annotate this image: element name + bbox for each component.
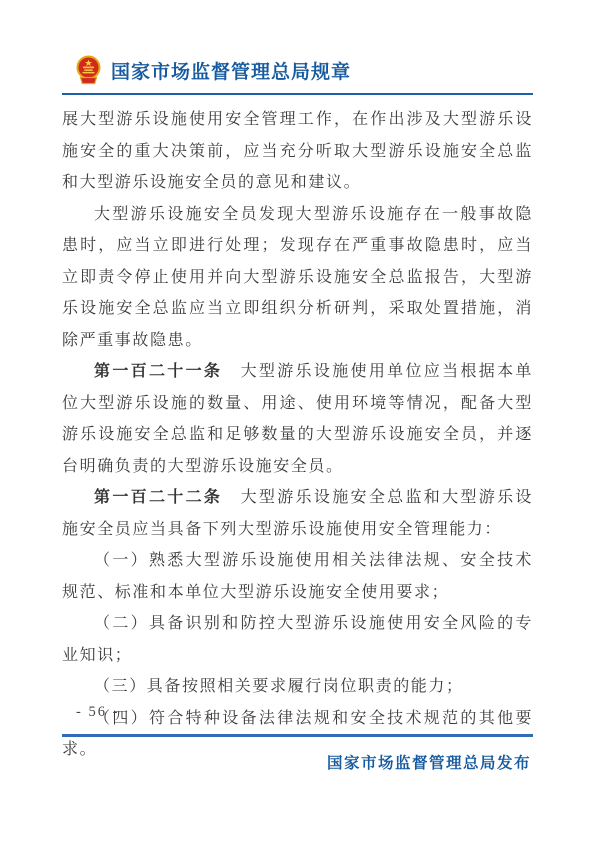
publisher-label: 国家市场监督管理总局发布 bbox=[327, 751, 531, 773]
document-page: 国家市场监督管理总局规章 展大型游乐设施使用安全管理工作，在作出涉及大型游乐设施… bbox=[0, 0, 595, 842]
page-header: 国家市场监督管理总局规章 bbox=[62, 0, 533, 95]
paragraph: （二）具备识别和防控大型游乐设施使用安全风险的专业知识； bbox=[62, 608, 533, 671]
paragraph-text: （三）具备按照相关要求履行岗位职责的能力； bbox=[94, 678, 464, 695]
page-number: - 56 - bbox=[76, 704, 119, 721]
paragraph: 第一百二十二条 大型游乐设施安全总监和大型游乐设施安全员应当具备下列大型游乐设施… bbox=[62, 482, 533, 545]
header-divider bbox=[62, 93, 533, 95]
paragraph: （一）熟悉大型游乐设施使用相关法律法规、安全技术规范、标准和本单位大型游乐设施安… bbox=[62, 545, 533, 608]
article-number: 第一百二十一条 bbox=[94, 363, 222, 380]
paragraph: （三）具备按照相关要求履行岗位职责的能力； bbox=[62, 671, 533, 703]
paragraph-text: 大型游乐设施安全员发现大型游乐设施存在一般事故隐患时，应当立即进行处理；发现存在… bbox=[62, 206, 533, 349]
paragraph: 第一百二十一条 大型游乐设施使用单位应当根据本单位大型游乐设施的数量、用途、使用… bbox=[62, 356, 533, 482]
paragraph: 大型游乐设施安全员发现大型游乐设施存在一般事故隐患时，应当立即进行处理；发现存在… bbox=[62, 199, 533, 357]
paragraph: 展大型游乐设施使用安全管理工作，在作出涉及大型游乐设施安全的重大决策前，应当充分… bbox=[62, 104, 533, 199]
footer-divider bbox=[62, 734, 533, 737]
paragraph-text: 展大型游乐设施使用安全管理工作，在作出涉及大型游乐设施安全的重大决策前，应当充分… bbox=[62, 111, 533, 191]
document-body: 展大型游乐设施使用安全管理工作，在作出涉及大型游乐设施安全的重大决策前，应当充分… bbox=[62, 104, 533, 766]
paragraph-text: （一）熟悉大型游乐设施使用相关法律法规、安全技术规范、标准和本单位大型游乐设施安… bbox=[62, 552, 533, 601]
page-title: 国家市场监督管理总局规章 bbox=[111, 57, 351, 84]
china-national-emblem-icon bbox=[75, 55, 102, 85]
article-number: 第一百二十二条 bbox=[94, 489, 222, 506]
paragraph-text: （二）具备识别和防控大型游乐设施使用安全风险的专业知识； bbox=[62, 615, 533, 664]
